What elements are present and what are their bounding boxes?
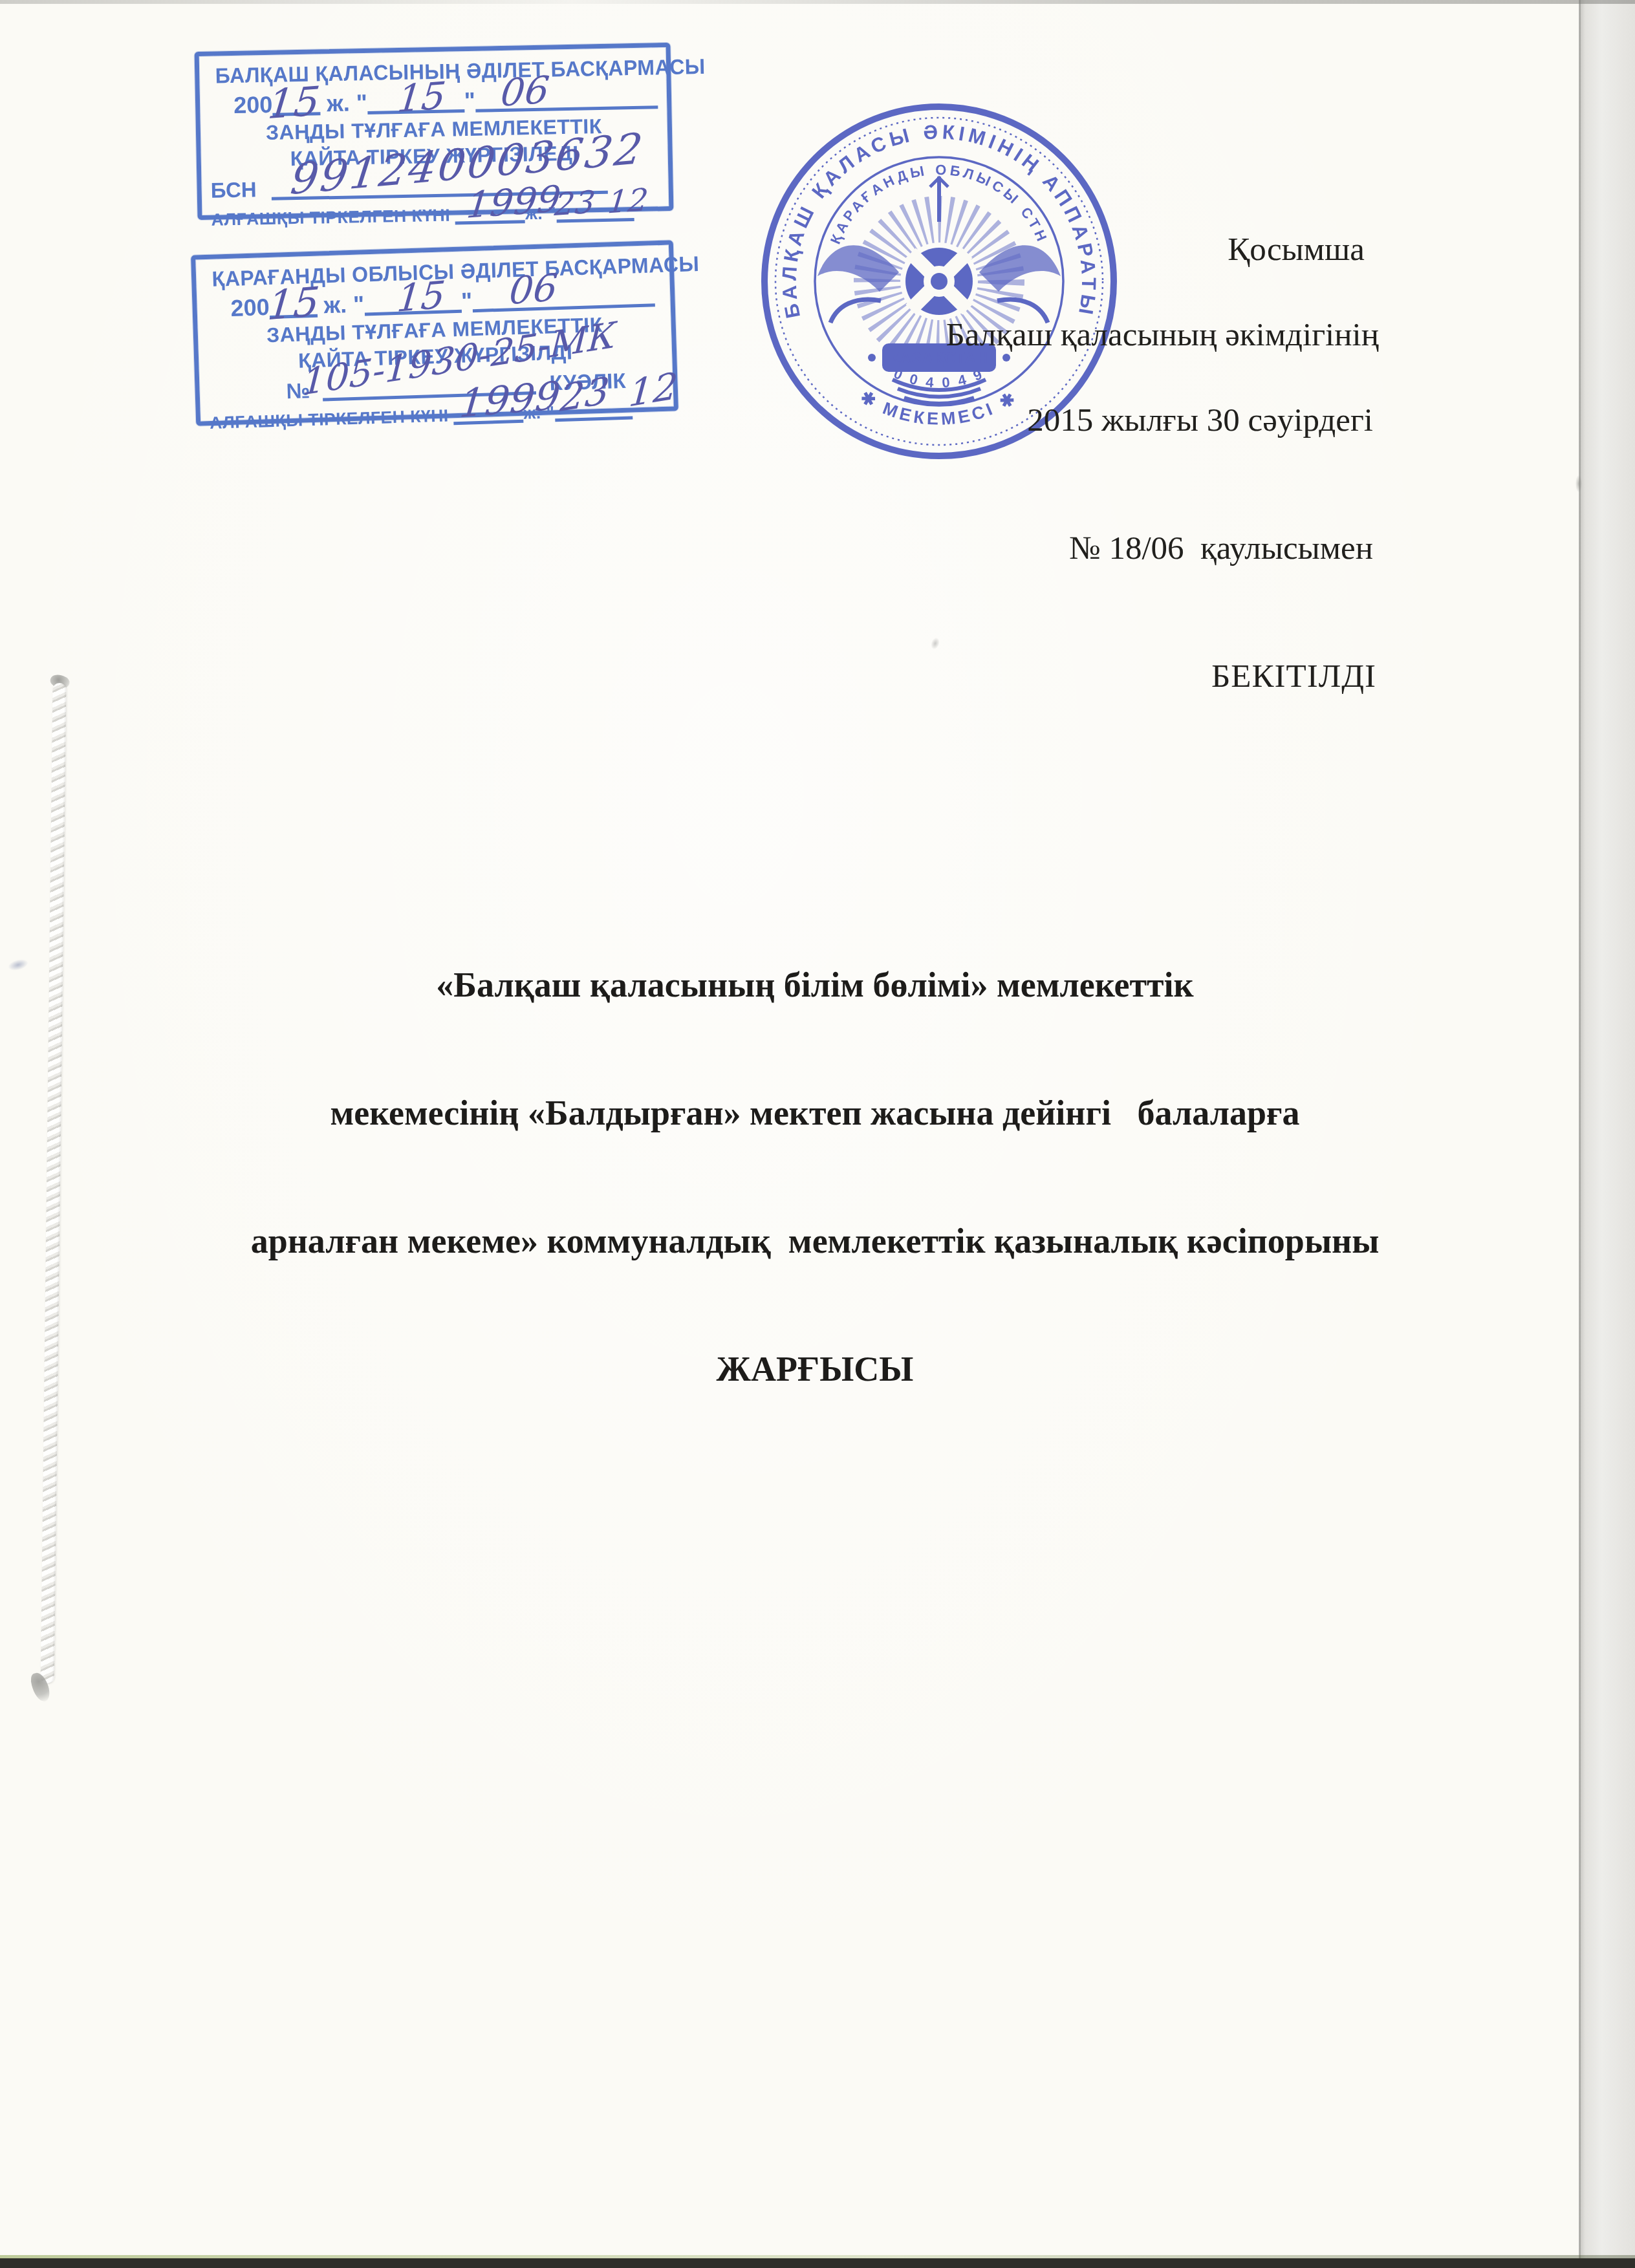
- approval-line-appendix: Қосымша: [667, 228, 1379, 271]
- margin-ink-smudge: [6, 957, 29, 973]
- title-line-1: «Балқаш қаласының білім бөлімі» мемлекет…: [91, 964, 1539, 1006]
- scan-top-edge: [0, 0, 1635, 4]
- handwritten-month: 06: [508, 265, 560, 313]
- page-right-edge: [1579, 0, 1635, 2268]
- stamp-first-reg-line: АЛҒАШҚЫ ТІРКЕЛГЕН КҮНІ ж. " 1999 23 12: [211, 200, 660, 230]
- handwritten-first-reg-month: 12: [606, 182, 650, 221]
- registration-stamp-balkash: БАЛҚАШ ҚАЛАСЫНЫҢ ӘДІЛЕТ БАСҚАРМАСЫ 200 ж…: [195, 43, 674, 220]
- stamp-date-prefix: 200: [230, 294, 270, 321]
- scanned-document-page: БАЛҚАШ ҚАЛАСЫ ӘКІМІНІҢ АППАРАТЫ ✱ МЕКЕМЕ…: [0, 0, 1635, 2268]
- approval-line-date: 2015 жылғы 30 сәуірдегі: [667, 399, 1379, 442]
- page-right-edge-line: [1579, 0, 1581, 2268]
- thread-rope: [41, 683, 67, 1684]
- approval-line-approved: БЕКІТІЛДІ: [667, 655, 1379, 698]
- handwritten-day: 15: [395, 74, 448, 121]
- stamp-date-quote: ": [464, 87, 475, 114]
- handwritten-month: 06: [499, 68, 551, 115]
- handwritten-year: 15: [266, 277, 321, 329]
- handwritten-day: 15: [395, 272, 448, 320]
- stamp-first-reg-label: АЛҒАШҚЫ ТІРКЕЛГЕН КҮНІ: [210, 405, 449, 433]
- scan-bottom-edge: [0, 2258, 1635, 2268]
- handwritten-year: 15: [266, 77, 322, 128]
- registration-stamp-karaganda: ҚАРАҒАНДЫ ОБЛЫСЫ ӘДІЛЕТ БАСҚАРМАСЫ 200 ж…: [191, 240, 678, 426]
- stamp-first-reg-label: АЛҒАШҚЫ ТІРКЕЛГЕН КҮНІ: [211, 206, 450, 230]
- handwritten-first-reg-day: 23: [559, 369, 612, 420]
- binding-thread: [34, 676, 72, 1698]
- handwritten-first-reg-year: 1999: [458, 373, 563, 427]
- approval-block: Қосымша Балқаш қаласының әкімдігінің 201…: [667, 143, 1379, 783]
- stamp-bsn-label: БСН: [210, 177, 257, 202]
- stamp-date-zh: ж. ": [320, 89, 367, 116]
- handwritten-first-reg-year: 1999: [464, 178, 563, 226]
- approval-line-resolution: № 18/06 қаулысымен: [667, 527, 1379, 570]
- stamp-date-quote: ": [460, 287, 472, 314]
- document-title: «Балқаш қаласының білім бөлімі» мемлекет…: [91, 878, 1539, 1476]
- title-line-3: арналған мекеме» коммуналдық мемлекеттік…: [91, 1220, 1539, 1262]
- paper-speck: [1575, 475, 1582, 492]
- stamp-date-blank-month: [472, 281, 655, 312]
- handwritten-first-reg-day: 23: [553, 184, 597, 223]
- approval-line-authority: Балқаш қаласының әкімдігінің: [946, 317, 1379, 353]
- title-line-2: мекемесінің «Балдырған» мектеп жасына де…: [91, 1092, 1539, 1134]
- title-line-4: ЖАРҒЫСЫ: [91, 1348, 1539, 1390]
- stamp-date-zh: ж. ": [317, 290, 365, 318]
